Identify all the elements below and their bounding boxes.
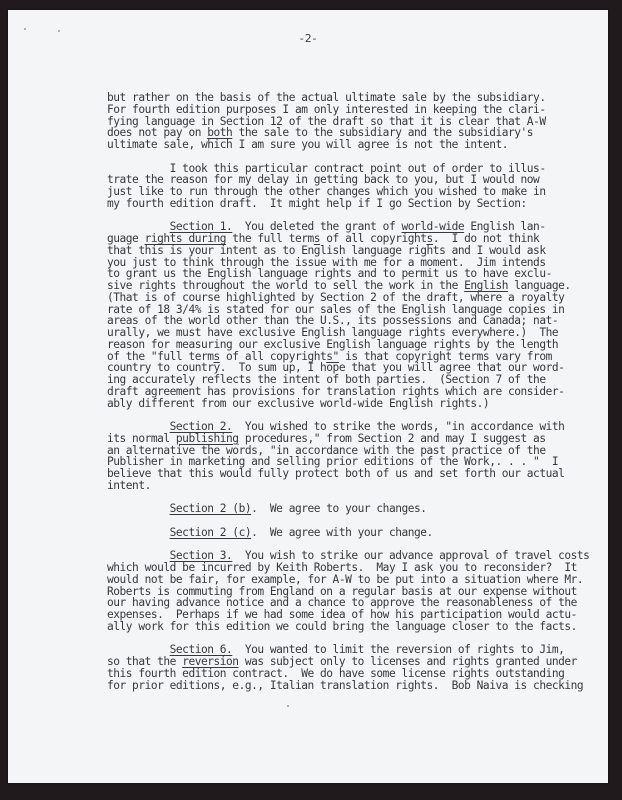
text-segment: [107, 502, 170, 515]
text-line: for prior editions, e.g., Italian transl…: [107, 680, 577, 692]
underlined-text: Section 2 (c): [170, 526, 251, 539]
paragraph-section-2b: Section 2 (b). We agree to your changes.: [107, 503, 577, 515]
text-segment: ally work for this edition we could brin…: [107, 620, 577, 633]
page-number: -2-: [8, 32, 608, 45]
text-segment: intent.: [107, 479, 151, 492]
text-segment: my fourth edition draft. It might help i…: [107, 197, 527, 210]
text-segment: ably different from our exclusive world-…: [107, 397, 489, 410]
paragraph-section-2: Section 2. You wished to strike the word…: [107, 421, 577, 492]
text-line: Section 2 (c). We agree with your change…: [107, 527, 577, 539]
paper-speck: [24, 28, 26, 30]
paragraph-intro: I took this particular contract point ou…: [107, 163, 577, 210]
document-page: -2- but rather on the basis of the actua…: [8, 10, 608, 783]
text-line: ally work for this edition we could brin…: [107, 621, 577, 633]
text-segment: for prior editions, e.g., Italian transl…: [107, 679, 583, 692]
paragraph-continuation: but rather on the basis of the actual ul…: [107, 92, 577, 151]
paragraph-section-6: Section 6. You wanted to limit the rever…: [107, 644, 577, 691]
text-segment: [107, 526, 170, 539]
paragraph-section-3: Section 3. You wish to strike our advanc…: [107, 550, 577, 632]
text-segment: . We agree to your changes.: [251, 502, 426, 515]
letter-body: but rather on the basis of the actual ul…: [107, 92, 577, 703]
text-line: my fourth edition draft. It might help i…: [107, 198, 577, 210]
paper-speck: [287, 705, 289, 707]
paragraph-section-1: Section 1. You deleted the grant of worl…: [107, 221, 577, 409]
text-line: believe that this would fully protect bo…: [107, 468, 577, 480]
text-line: ably different from our exclusive world-…: [107, 398, 577, 410]
text-segment: believe that this would fully protect bo…: [107, 467, 564, 480]
text-line: Section 2 (b). We agree to your changes.: [107, 503, 577, 515]
paragraph-section-2c: Section 2 (c). We agree with your change…: [107, 527, 577, 539]
text-segment: . We agree with your change.: [251, 526, 433, 539]
underlined-text: Section 2 (b): [170, 502, 251, 515]
text-line: intent.: [107, 480, 577, 492]
text-segment: ultimate sale, which I am sure you will …: [107, 138, 508, 151]
text-line: ultimate sale, which I am sure you will …: [107, 139, 577, 151]
